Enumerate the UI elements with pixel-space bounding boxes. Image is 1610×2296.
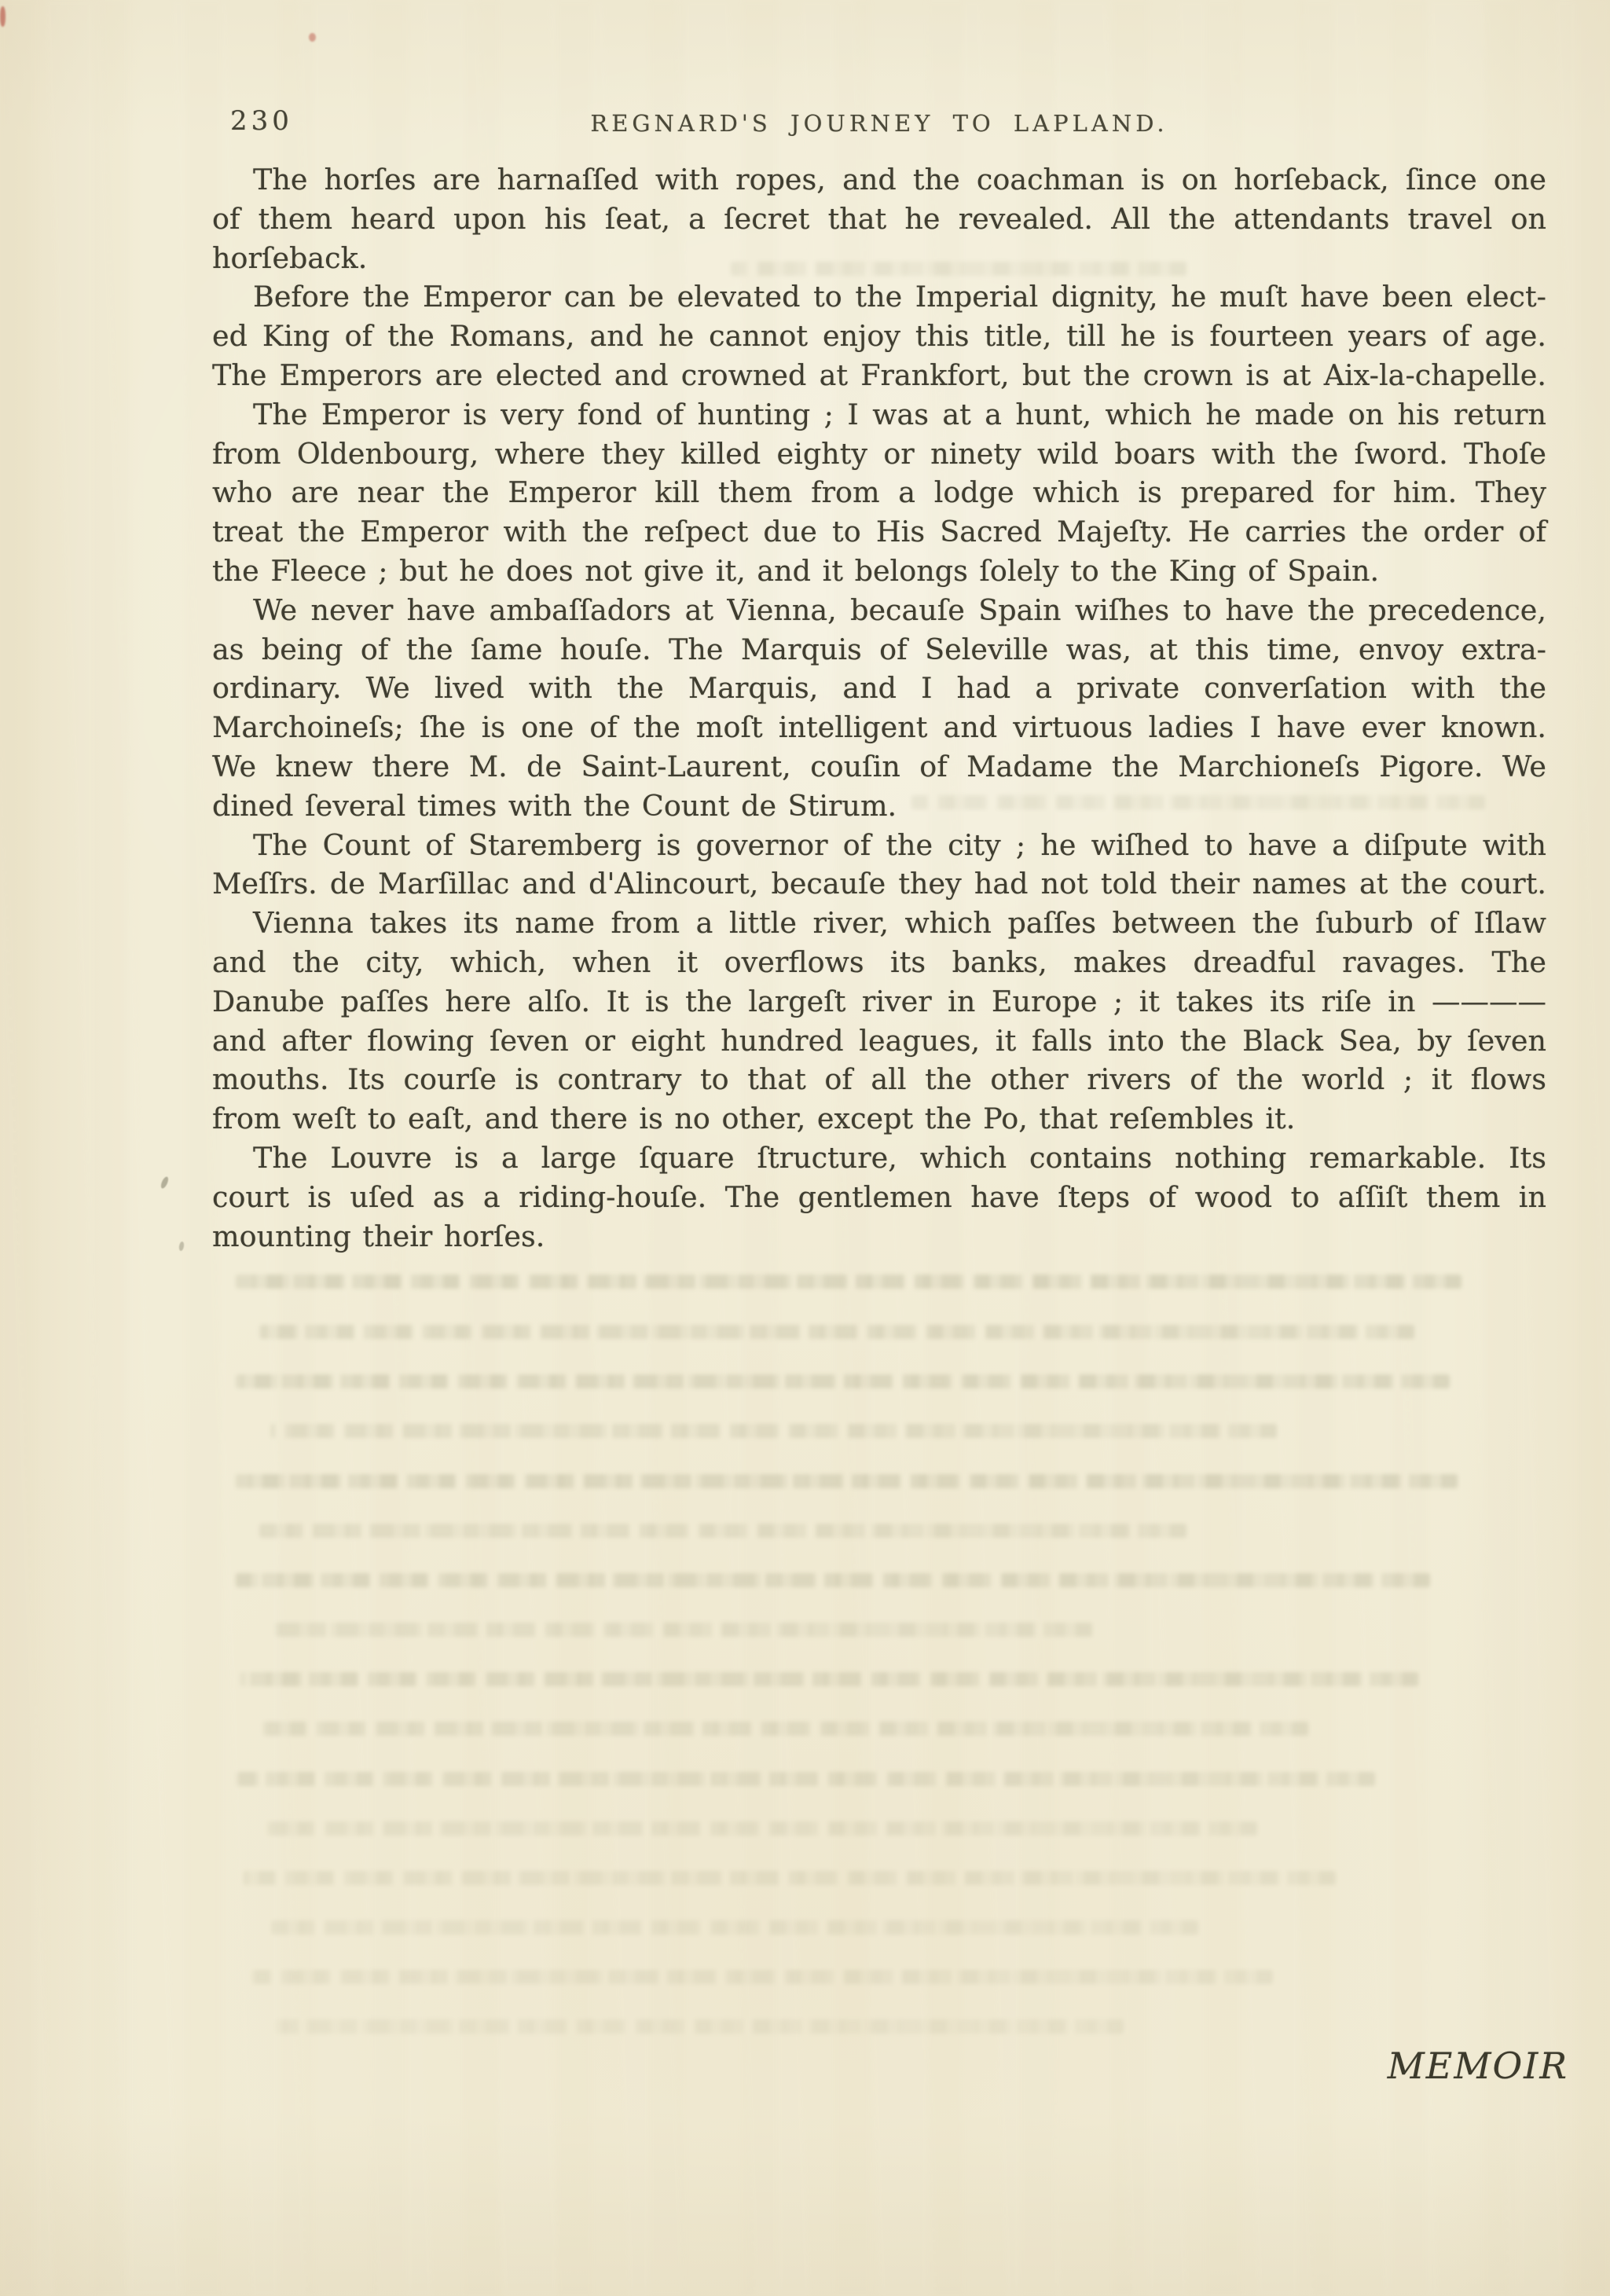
running-title: REGNARD'S JOURNEY TO LAPLAND. (212, 110, 1546, 137)
text-line: Danube paſſes here alſo. It is the large… (212, 982, 1546, 1021)
text-line: dined ſeveral times with the Count de St… (212, 787, 1546, 826)
text-line: mouths. Its courſe is contrary to that o… (212, 1060, 1546, 1099)
body-text: The horſes are harnaſſed with ropes, and… (212, 160, 1546, 1256)
text-line: Before the Emperor can be elevated to th… (212, 277, 1546, 317)
ghost-line (275, 1623, 1092, 1637)
ghost-line (263, 1722, 1308, 1736)
scanned-book-page: { "colors": { "paper": "#f2edd7", "ink":… (0, 0, 1610, 2296)
text-line: The Count of Staremberg is governor of t… (212, 826, 1546, 865)
text-line: Vienna takes its name from a little rive… (212, 904, 1546, 943)
ghost-line (251, 1970, 1273, 1984)
ghost-line (271, 1424, 1277, 1438)
text-line: ordinary. We lived with the Marquis, and… (212, 669, 1546, 708)
text-line: from Oldenbourg, where they killed eight… (212, 435, 1546, 474)
ghost-line (236, 1772, 1375, 1786)
text-line: Marchoineſs; ſhe is one of the moſt inte… (212, 708, 1546, 747)
text-line: The Emperor is very fond of hunting ; I … (212, 395, 1546, 435)
text-line: The Emperors are elected and crowned at … (212, 356, 1546, 395)
text-line: The horſes are harnaſſed with ropes, and… (212, 160, 1546, 200)
text-line: We knew there M. de Saint-Laurent, couſi… (212, 747, 1546, 787)
text-line: of them heard upon his ſeat, a ſecret th… (212, 200, 1546, 239)
text-line: the Fleece ; but he does not give it, an… (212, 552, 1546, 591)
ghost-line (244, 1871, 1336, 1885)
ghost-line (271, 1920, 1198, 1935)
ghost-line (236, 1474, 1458, 1488)
text-line: and the city, which, when it overflows i… (212, 943, 1546, 982)
ghost-line (236, 1275, 1461, 1289)
ghost-line (259, 1524, 1186, 1538)
ink-smudge (160, 1176, 170, 1189)
ink-smudge (178, 1242, 185, 1252)
ghost-line (267, 1821, 1257, 1836)
text-line: as being of the ſame houſe. The Marquis … (212, 630, 1546, 669)
red-ink-speck (0, 6, 6, 27)
catchword: MEMOIR (1388, 2045, 1568, 2087)
text-line: treat the Emperor with the reſpect due t… (212, 512, 1546, 552)
text-line: and after flowing ſeven or eight hundred… (212, 1021, 1546, 1061)
ghost-line (240, 1672, 1418, 1686)
text-line: ed King of the Romans, and he cannot enj… (212, 317, 1546, 356)
text-line: The Louvre is a large ſquare ſtructure, … (212, 1139, 1546, 1178)
text-line: mounting their horſes. (212, 1217, 1546, 1256)
red-ink-speck (309, 33, 316, 42)
text-line: court is uſed as a riding-houſe. The gen… (212, 1178, 1546, 1217)
text-line: who are near the Emperor kill them from … (212, 473, 1546, 512)
ghost-line (259, 1325, 1414, 1339)
text-line: Meſſrs. de Marſillac and d'Alincourt, be… (212, 864, 1546, 904)
text-line: from weſt to eaſt, and there is no other… (212, 1099, 1546, 1139)
ghost-line (236, 1374, 1450, 1388)
text-line: We never have ambaſſadors at Vienna, bec… (212, 591, 1546, 630)
ghost-line (236, 1573, 1430, 1587)
text-line: horſeback. (212, 239, 1546, 278)
ghost-line (275, 2019, 1124, 2034)
